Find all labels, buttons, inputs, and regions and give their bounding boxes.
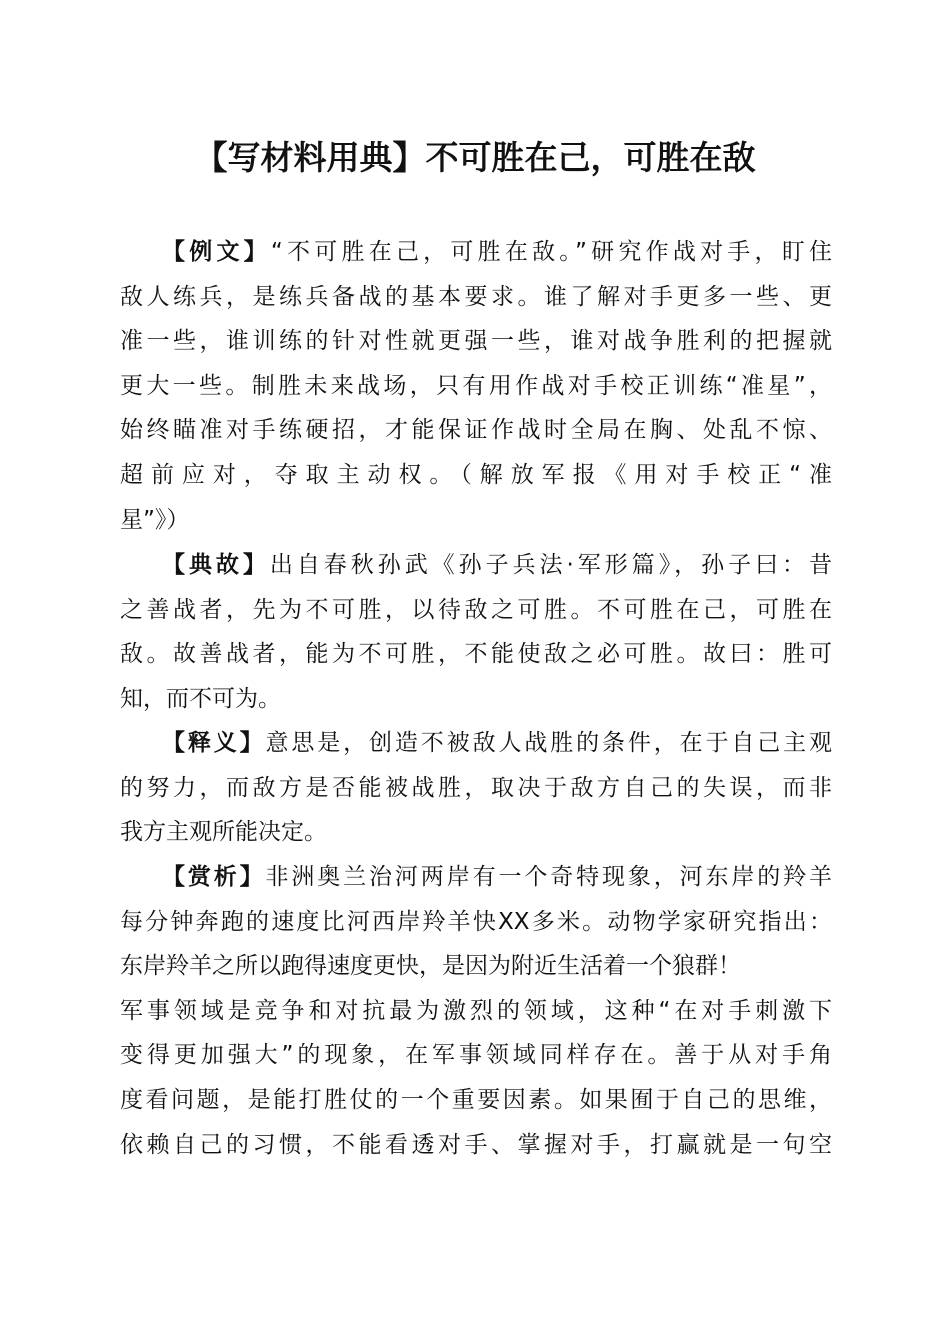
paragraph-allusion: 【典故】出自春秋孙武《孙子兵法·军形篇》，孙子曰：昔 之善战者，先为不可胜，以待… [120,543,832,721]
paragraph-line: 超前应对，夺取主动权。（解放军报《用对手校正“准 [120,453,832,498]
paragraph-meaning: 【释义】意思是，创造不被敌人战胜的条件，在于自己主观 的努力，而敌方是否能被战胜… [120,721,832,855]
paragraph-line: 东岸羚羊之所以跑得速度更快，是因为附近生活着一个狼群！ [120,944,832,989]
section-tag-meaning: 【释义】 [162,730,266,756]
paragraph-line: 我方主观所能决定。 [120,810,832,855]
paragraph-line: 每分钟奔跑的速度比河西岸羚羊快XX多米。动物学家研究指出： [120,900,832,945]
paragraph-line: 依赖自己的习惯，不能看透对手、掌握对手，打赢就是一句空 [120,1123,832,1168]
paragraph-line: 【典故】出自春秋孙武《孙子兵法·军形篇》，孙子曰：昔 [120,543,832,588]
paragraph-line: 始终瞄准对手练硬招，才能保证作战时全局在胸、处乱不惊、 [120,408,832,453]
paragraph-line: 的努力，而敌方是否能被战胜，取决于敌方自己的失误，而非 [120,766,832,811]
paragraph-example: 【例文】“不可胜在己，可胜在敌。”研究作战对手，盯住 敌人练兵，是练兵备战的基本… [120,230,832,542]
paragraph-line: 准一些，谁训练的针对性就更强一些，谁对战争胜利的把握就 [120,319,832,364]
section-tag-allusion: 【典故】 [162,552,270,578]
paragraph-line: 度看问题，是能打胜仗的一个重要因素。如果囿于自己的思维， [120,1078,832,1123]
paragraph-line: 星”》） [120,498,832,543]
paragraph-line: 知，而不可为。 [120,677,832,722]
paragraph-line: 【释义】意思是，创造不被敌人战胜的条件，在于自己主观 [120,721,832,766]
paragraph-line: 敌。故善战者，能为不可胜，不能使敌之必可胜。故曰：胜可 [120,632,832,677]
section-tag-analysis: 【赏析】 [162,864,266,890]
document-title: 【写材料用典】不可胜在己，可胜在敌 [0,136,950,180]
paragraph-line: 敌人练兵，是练兵备战的基本要求。谁了解对手更多一些、更 [120,275,832,320]
paragraph-line: 军事领域是竞争和对抗最为激烈的领域，这种“在对手刺激下 [120,989,832,1034]
paragraph-line: 【例文】“不可胜在己，可胜在敌。”研究作战对手，盯住 [120,230,832,275]
section-tag-example: 【例文】 [162,239,271,265]
paragraph-line: 之善战者，先为不可胜，以待敌之可胜。不可胜在己，可胜在 [120,588,832,633]
paragraph-line: 变得更加强大”的现象，在军事领域同样存在。善于从对手角 [120,1033,832,1078]
paragraph-line: 【赏析】非洲奥兰治河两岸有一个奇特现象，河东岸的羚羊 [120,855,832,900]
paragraph-analysis: 【赏析】非洲奥兰治河两岸有一个奇特现象，河东岸的羚羊 每分钟奔跑的速度比河西岸羚… [120,855,832,1167]
paragraph-line: 更大一些。制胜未来战场，只有用作战对手校正训练“准星”， [120,364,832,409]
